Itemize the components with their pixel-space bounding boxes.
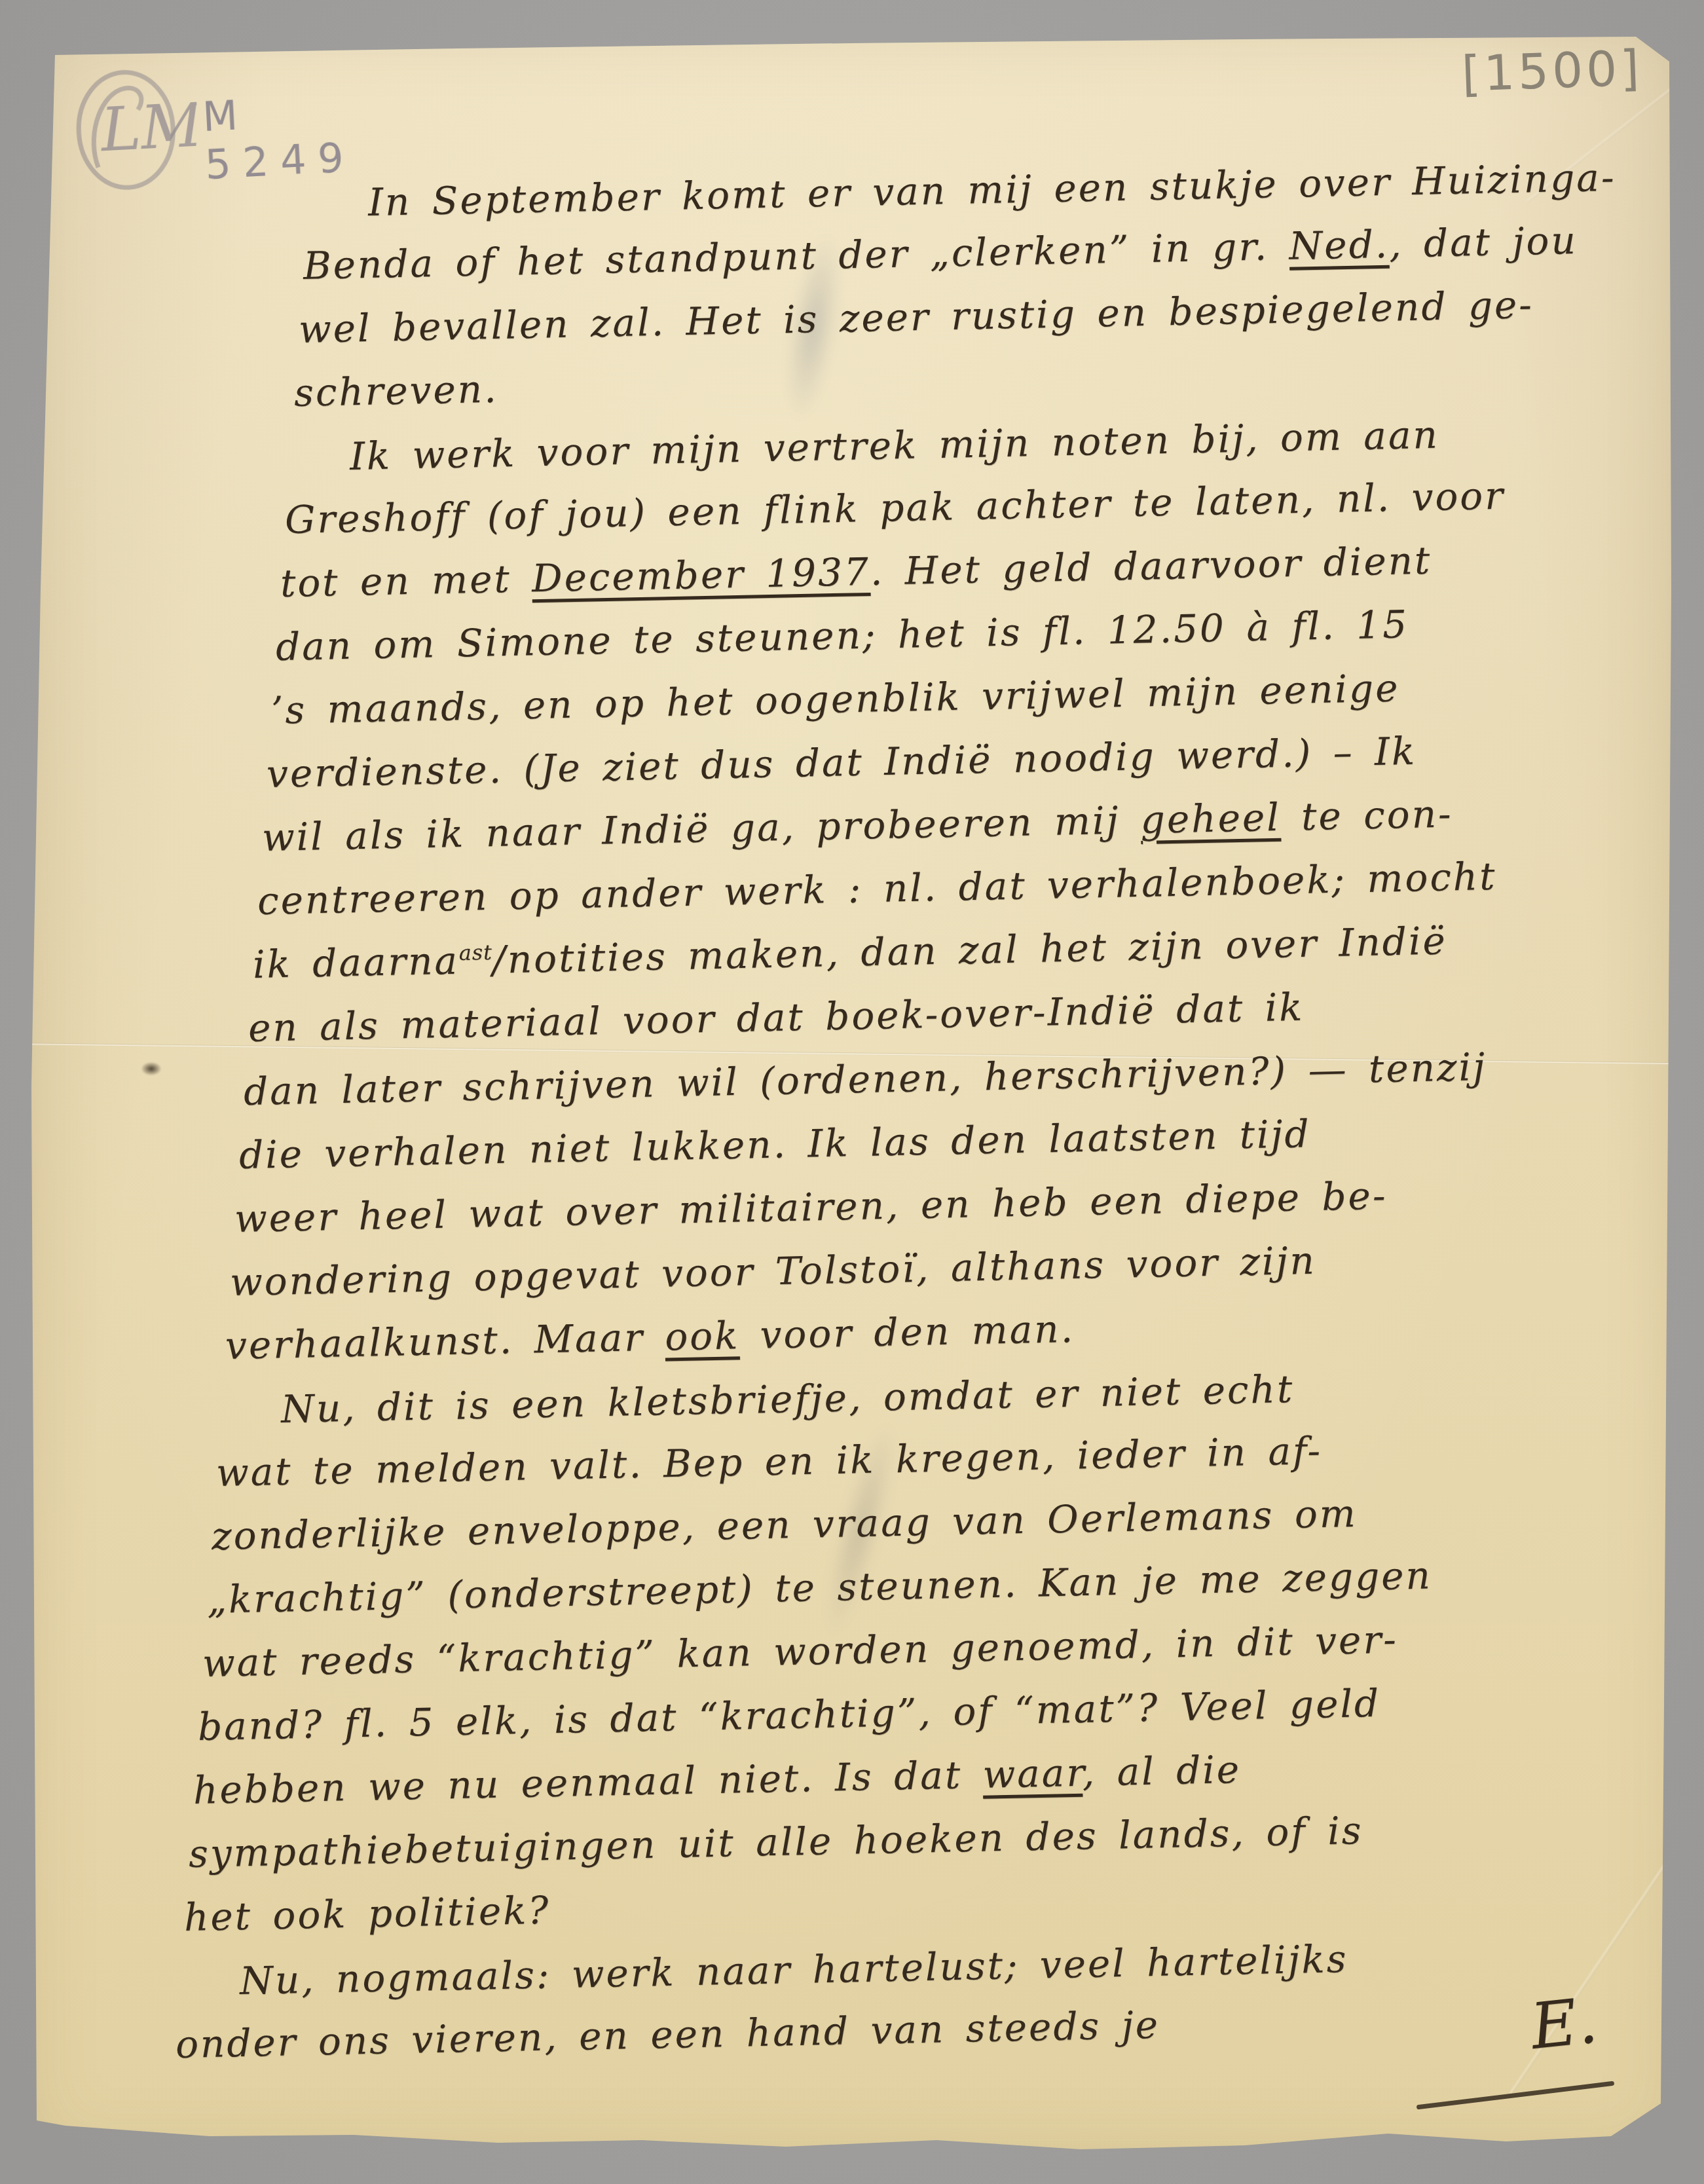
signature: E. bbox=[1528, 1989, 1600, 2058]
letter-text: sympathiebetuigingen uit alle hoeken des… bbox=[188, 1808, 1363, 1876]
letter-text: Nu, dit is een kletsbriefje, omdat er ni… bbox=[280, 1367, 1294, 1432]
letter-text: Greshoff (of jou) een flink pak achter t… bbox=[284, 473, 1505, 542]
letter-line: wel bevallen zal. Het is zeer rustig en … bbox=[298, 286, 1534, 348]
letter-text: wil als ik naar Indië ga, probeeren mij bbox=[261, 798, 1141, 860]
letter-body: In September komt er van mij een stukje … bbox=[0, 0, 1704, 2184]
letter-text: dan later schrijven wil (ordenen, hersch… bbox=[243, 1045, 1487, 1114]
inserted-correction: ast bbox=[458, 940, 492, 965]
letter-line: In September komt er van mij een stukje … bbox=[367, 158, 1616, 221]
letter-line: verhaalkunst. Maar ook voor den man. bbox=[225, 1310, 1075, 1365]
letter-line: verdienste. (Je ziet dus dat Indië noodi… bbox=[266, 732, 1417, 793]
letter-page: LM M 5249 [1500] In September komt er va… bbox=[0, 0, 1704, 2184]
underlined-word: waar bbox=[982, 1750, 1083, 1797]
letter-text: . Het geld daarvoor dient bbox=[870, 538, 1432, 594]
letter-text: wondering opgevat voor Tolstoï, althans … bbox=[229, 1238, 1316, 1305]
letter-text: die verhalen niet lukken. Ik las den laa… bbox=[238, 1111, 1311, 1177]
letter-text: /notities maken, dan zal het zijn over I… bbox=[492, 918, 1448, 982]
letter-text: band? fl. 5 elk, is dat “krachtig”, of “… bbox=[197, 1681, 1380, 1749]
letter-line: band? fl. 5 elk, is dat “krachtig”, of “… bbox=[197, 1684, 1380, 1746]
letter-text: centreeren op ander werk : nl. dat verha… bbox=[257, 854, 1497, 923]
letter-text: wel bevallen zal. Het is zeer rustig en … bbox=[298, 282, 1534, 352]
letter-line: wil als ik naar Indië ga, probeeren mij … bbox=[261, 795, 1453, 857]
letter-line: wat te melden valt. Bep en ik kregen, ie… bbox=[215, 1432, 1322, 1492]
letter-text: te con- bbox=[1280, 792, 1453, 840]
letter-text: het ook politiek? bbox=[183, 1888, 551, 1940]
letter-text: hebben we nu eenmaal niet. Is dat bbox=[193, 1752, 983, 1813]
letter-text: wat te melden valt. Bep en ik kregen, ie… bbox=[215, 1428, 1322, 1495]
underlined-word: December 1937 bbox=[531, 549, 870, 601]
letter-text: Nu, nogmaals: werk naar hartelust; veel … bbox=[239, 1936, 1348, 2003]
underlined-word: geheel bbox=[1140, 795, 1281, 842]
letter-line: tot en met December 1937. Het geld daarv… bbox=[280, 542, 1432, 602]
letter-line: hebben we nu eenmaal niet. Is dat waar, … bbox=[193, 1750, 1241, 1809]
letter-line: schreven. bbox=[293, 370, 498, 412]
letter-text: zonderlijke enveloppe, een vraag van Oer… bbox=[211, 1491, 1358, 1559]
letter-line: Ik werk voor mijn vertrek mijn noten bij… bbox=[349, 416, 1439, 475]
page-background: LM M 5249 [1500] In September komt er va… bbox=[0, 0, 1704, 2184]
letter-line: Benda of het standpunt der „clerken” in … bbox=[303, 221, 1578, 285]
letter-text: Ik werk voor mijn vertrek mijn noten bij… bbox=[349, 413, 1439, 479]
letter-line: zonderlijke enveloppe, een vraag van Oer… bbox=[211, 1494, 1358, 1555]
letter-line: en als materiaal voor dat boek-over-Indi… bbox=[248, 988, 1304, 1047]
letter-text: , dat jou bbox=[1388, 218, 1578, 267]
letter-text: Benda of het standpunt der „clerken” in … bbox=[303, 224, 1289, 288]
letter-text: weer heel wat over militairen, en heb ee… bbox=[234, 1174, 1388, 1241]
letter-line: weer heel wat over militairen, en heb ee… bbox=[234, 1177, 1387, 1238]
letter-text: tot en met bbox=[280, 556, 532, 606]
letter-text: wat reeds “krachtig” kan worden genoemd,… bbox=[202, 1617, 1398, 1686]
letter-line: ik daarnaast/notities maken, dan zal het… bbox=[252, 921, 1447, 984]
letter-line: ’s maands, en op het oogenblik vrijwel m… bbox=[270, 669, 1400, 730]
letter-line: het ook politiek? bbox=[183, 1891, 550, 1936]
underlined-word: Ned. bbox=[1289, 222, 1390, 268]
letter-text: dan om Simone te steunen; het is fl. 12.… bbox=[275, 602, 1409, 669]
letter-line: centreeren op ander werk : nl. dat verha… bbox=[257, 857, 1497, 920]
letter-text: schreven. bbox=[293, 367, 498, 415]
letter-line: dan later schrijven wil (ordenen, hersch… bbox=[243, 1048, 1487, 1111]
letter-text: verhaalkunst. Maar bbox=[225, 1315, 665, 1368]
letter-text: „krachtig” (onderstreept) te steunen. Ka… bbox=[206, 1553, 1432, 1622]
underlined-word: ook bbox=[665, 1313, 740, 1359]
letter-line: dan om Simone te steunen; het is fl. 12.… bbox=[275, 605, 1409, 666]
letter-text: ’s maands, en op het oogenblik vrijwel m… bbox=[270, 665, 1400, 733]
letter-text: onder ons vieren, en een hand van steeds… bbox=[175, 2003, 1160, 2067]
letter-line: Nu, nogmaals: werk naar hartelust; veel … bbox=[239, 1940, 1348, 2000]
letter-line: Greshoff (of jou) een flink pak achter t… bbox=[284, 477, 1505, 539]
letter-line: wat reeds “krachtig” kan worden genoemd,… bbox=[202, 1620, 1398, 1682]
letter-text: In September komt er van mij een stukje … bbox=[367, 155, 1616, 225]
letter-text: voor den man. bbox=[739, 1306, 1075, 1358]
letter-line: onder ons vieren, en een hand van steeds… bbox=[175, 2006, 1160, 2064]
letter-line: „krachtig” (onderstreept) te steunen. Ka… bbox=[206, 1556, 1432, 1619]
letter-text: , al die bbox=[1082, 1747, 1242, 1795]
letter-text: en als materiaal voor dat boek-over-Indi… bbox=[248, 985, 1305, 1050]
letter-line: die verhalen niet lukken. Ik las den laa… bbox=[238, 1115, 1311, 1174]
letter-line: Nu, dit is een kletsbriefje, omdat er ni… bbox=[280, 1370, 1294, 1428]
letter-text: verdienste. (Je ziet dus dat Indië noodi… bbox=[266, 729, 1417, 796]
letter-text: ik daarna bbox=[252, 938, 459, 987]
letter-line: wondering opgevat voor Tolstoï, althans … bbox=[229, 1242, 1316, 1301]
letter-line: sympathiebetuigingen uit alle hoeken des… bbox=[188, 1811, 1363, 1873]
